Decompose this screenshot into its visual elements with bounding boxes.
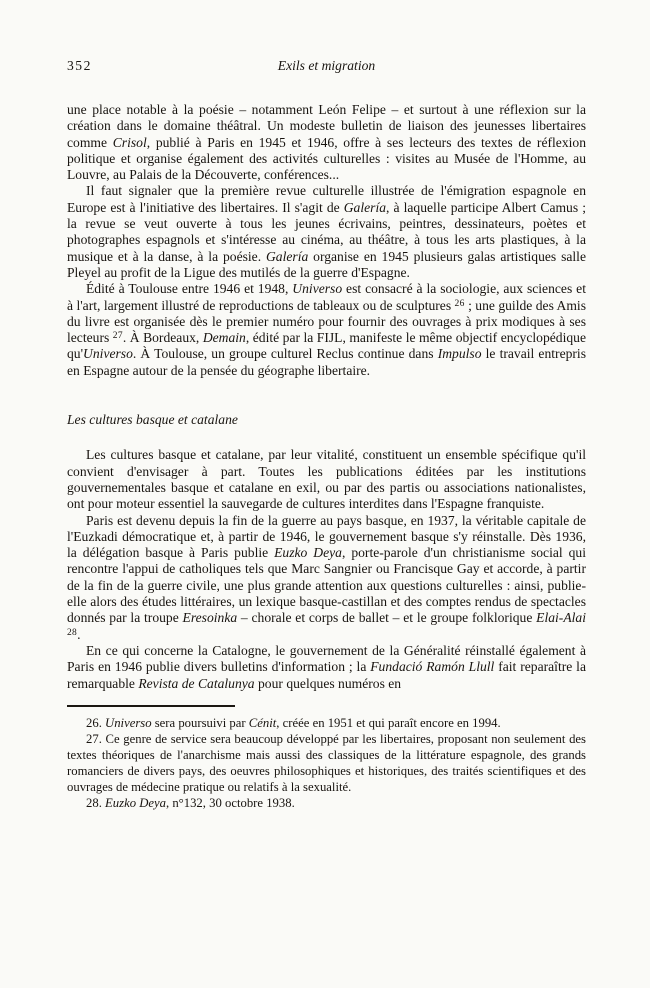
footnote-26: 26. Universo sera poursuivi par Cénit, c… — [67, 715, 586, 731]
page-number: 352 — [67, 58, 92, 74]
section-heading: Les cultures basque et catalane — [67, 412, 586, 428]
paragraph-continuation: une place notable à la poésie – notammen… — [67, 102, 586, 183]
footnote-separator — [67, 705, 235, 707]
page-header: 352 Exils et migration — [67, 58, 586, 75]
paragraph-catalogne: En ce qui concerne la Catalogne, le gouv… — [67, 643, 586, 692]
running-title: Exils et migration — [67, 58, 586, 74]
footnotes-section: 26. Universo sera poursuivi par Cénit, c… — [67, 705, 586, 811]
page-content: 352 Exils et migration une place notable… — [67, 0, 586, 811]
paragraph-galeria: Il faut signaler que la première revue c… — [67, 183, 586, 281]
footnote-27: 27. Ce genre de service sera beaucoup dé… — [67, 731, 586, 795]
paragraph-cultures: Les cultures basque et catalane, par leu… — [67, 447, 586, 512]
page-body: une place notable à la poésie – notammen… — [67, 102, 586, 811]
paragraph-universo: Édité à Toulouse entre 1946 et 1948, Uni… — [67, 281, 586, 379]
paragraph-euzkadi: Paris est devenu depuis la fin de la gue… — [67, 513, 586, 643]
footnote-28: 28. Euzko Deya, n°132, 30 octobre 1938. — [67, 795, 586, 811]
book-page: 352 Exils et migration une place notable… — [0, 0, 650, 988]
